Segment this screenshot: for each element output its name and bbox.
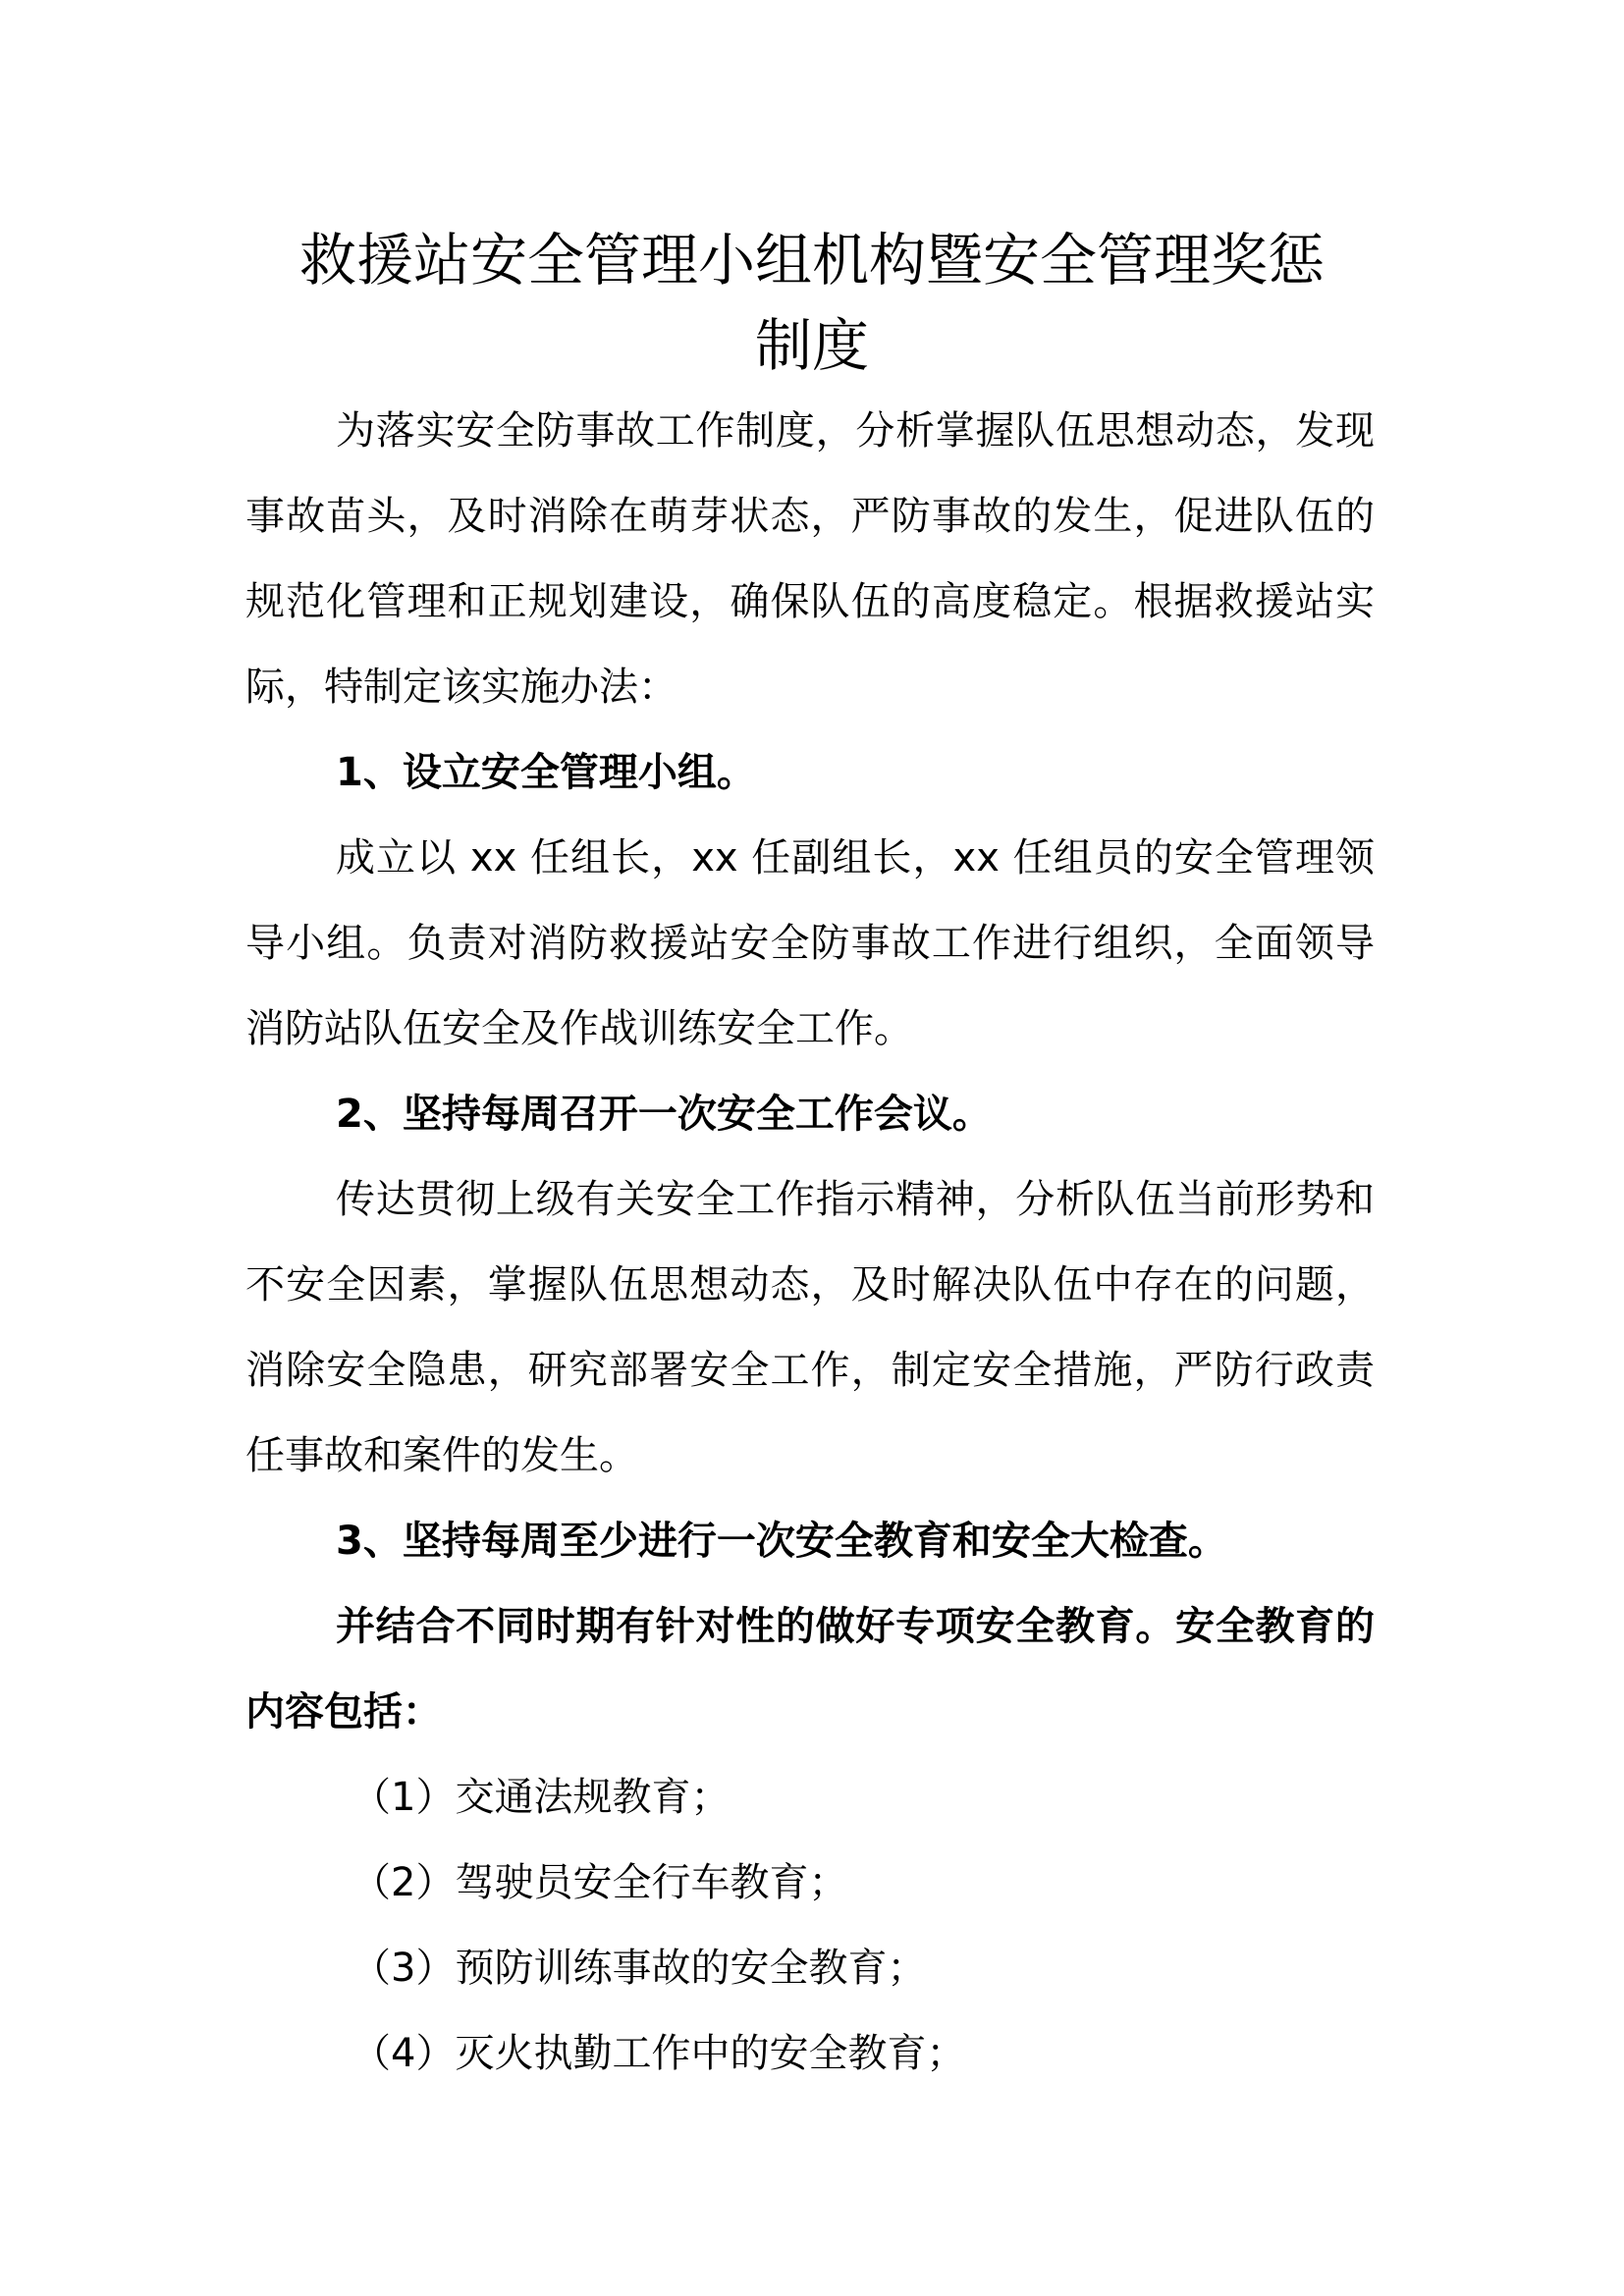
document-title: 救援站安全管理小组机构暨安全管理奖惩 制度 bbox=[245, 218, 1379, 389]
section-3-heading: 3、坚持每周至少进行一次安全教育和安全大检查。 bbox=[245, 1499, 1375, 1584]
document-page: 救援站安全管理小组机构暨安全管理奖惩 制度 为落实安全防事故工作制度，分析掌握队… bbox=[0, 0, 1624, 2296]
title-line-2: 制度 bbox=[755, 312, 869, 379]
title-line-1: 救援站安全管理小组机构暨安全管理奖惩 bbox=[299, 227, 1325, 294]
education-item-4: （4）灭火执勤工作中的安全教育； bbox=[245, 2011, 1375, 2097]
education-item-1: （1）交通法规教育； bbox=[245, 1755, 1375, 1841]
section-3-body: 并结合不同时期有针对性的做好专项安全教育。安全教育的内容包括： bbox=[245, 1584, 1375, 1755]
section-1-heading: 1、设立安全管理小组。 bbox=[245, 730, 1375, 816]
section-2-heading: 2、坚持每周召开一次安全工作会议。 bbox=[245, 1072, 1375, 1157]
section-1-body: 成立以 xx 任组长，xx 任副组长，xx 任组员的安全管理领导小组。负责对消防… bbox=[245, 816, 1375, 1072]
document-body: 为落实安全防事故工作制度，分析掌握队伍思想动态，发现事故苗头，及时消除在萌芽状态… bbox=[245, 389, 1375, 2097]
education-item-3: （3）预防训练事故的安全教育； bbox=[245, 1926, 1375, 2011]
intro-paragraph: 为落实安全防事故工作制度，分析掌握队伍思想动态，发现事故苗头，及时消除在萌芽状态… bbox=[245, 389, 1375, 730]
section-2-body: 传达贯彻上级有关安全工作指示精神，分析队伍当前形势和不安全因素，掌握队伍思想动态… bbox=[245, 1157, 1375, 1499]
education-item-2: （2）驾驶员安全行车教育； bbox=[245, 1841, 1375, 1926]
